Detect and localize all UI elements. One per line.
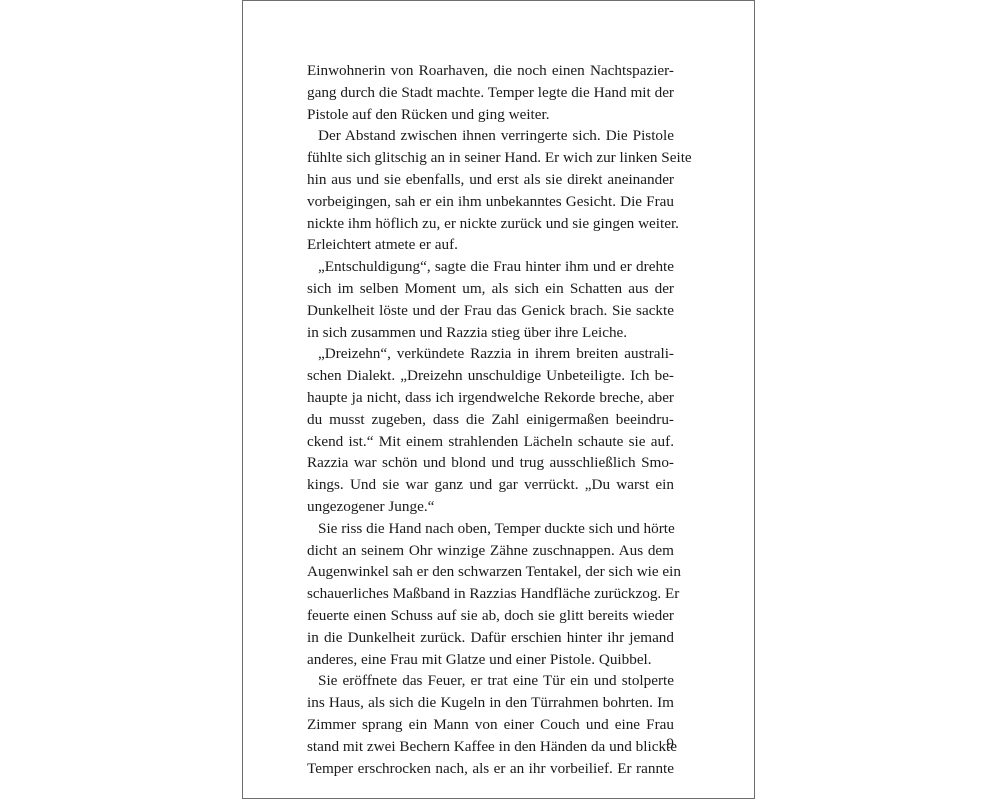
text-line: Temper erschrocken nach, als er an ihr v… [307, 758, 674, 780]
page-number: 9 [663, 735, 674, 753]
text-line: nickte ihm höflich zu, er nickte zurück … [307, 213, 674, 235]
page-body-text: Einwohnerin von Roarhaven, die noch eine… [307, 60, 674, 779]
paragraph: „Entschuldigung“, sagte die Frau hinter … [307, 256, 674, 343]
text-line: haupte ja nicht, dass ich irgendwelche R… [307, 387, 674, 409]
paragraph: Sie riss die Hand nach oben, Temper duck… [307, 518, 674, 671]
text-line: Einwohnerin von Roarhaven, die noch eine… [307, 60, 674, 82]
text-line: „Dreizehn“, verkündete Razzia in ihrem b… [307, 343, 674, 365]
text-line: anderes, eine Frau mit Glatze und einer … [307, 649, 674, 671]
text-line: Sie riss die Hand nach oben, Temper duck… [307, 518, 674, 540]
text-line: Erleichtert atmete er auf. [307, 234, 674, 256]
text-line: Der Abstand zwischen ihnen verringerte s… [307, 125, 674, 147]
text-line: Razzia war schön und blond und trug auss… [307, 452, 674, 474]
text-line: schen Dialekt. „Dreizehn unschuldige Unb… [307, 365, 674, 387]
text-line: stand mit zwei Bechern Kaffee in den Hän… [307, 736, 674, 758]
text-line: hin aus und sie ebenfalls, und erst als … [307, 169, 674, 191]
text-line: in sich zusammen und Razzia stieg über i… [307, 322, 674, 344]
paragraph: Sie eröffnete das Feuer, er trat eine Tü… [307, 670, 674, 779]
text-line: fühlte sich glitschig an in seiner Hand.… [307, 147, 674, 169]
book-page: Einwohnerin von Roarhaven, die noch eine… [242, 0, 755, 799]
text-line: ins Haus, als sich die Kugeln in den Tür… [307, 692, 674, 714]
text-line: dicht an seinem Ohr winzige Zähne zuschn… [307, 540, 674, 562]
text-line: gang durch die Stadt machte. Temper legt… [307, 82, 674, 104]
text-line: schauerliches Maßband in Razzias Handflä… [307, 583, 674, 605]
paragraph: Einwohnerin von Roarhaven, die noch eine… [307, 60, 674, 125]
text-line: „Entschuldigung“, sagte die Frau hinter … [307, 256, 674, 278]
text-line: ungezogener Junge.“ [307, 496, 674, 518]
text-line: in die Dunkelheit zurück. Dafür erschien… [307, 627, 674, 649]
text-line: Pistole auf den Rücken und ging weiter. [307, 104, 674, 126]
text-line: Sie eröffnete das Feuer, er trat eine Tü… [307, 670, 674, 692]
text-line: Augenwinkel sah er den schwarzen Tentake… [307, 561, 674, 583]
text-line: ckend ist.“ Mit einem strahlenden Lächel… [307, 431, 674, 453]
paragraph: Der Abstand zwischen ihnen verringerte s… [307, 125, 674, 256]
text-line: Zimmer sprang ein Mann von einer Couch u… [307, 714, 674, 736]
paragraph: „Dreizehn“, verkündete Razzia in ihrem b… [307, 343, 674, 517]
text-line: du musst zugeben, dass die Zahl einigerm… [307, 409, 674, 431]
text-line: feuerte einen Schuss auf sie ab, doch si… [307, 605, 674, 627]
text-line: Dunkelheit löste und der Frau das Genick… [307, 300, 674, 322]
text-line: sich im selben Moment um, als sich ein S… [307, 278, 674, 300]
text-line: kings. Und sie war ganz und gar verrückt… [307, 474, 674, 496]
text-line: vorbeigingen, sah er ein ihm unbekanntes… [307, 191, 674, 213]
